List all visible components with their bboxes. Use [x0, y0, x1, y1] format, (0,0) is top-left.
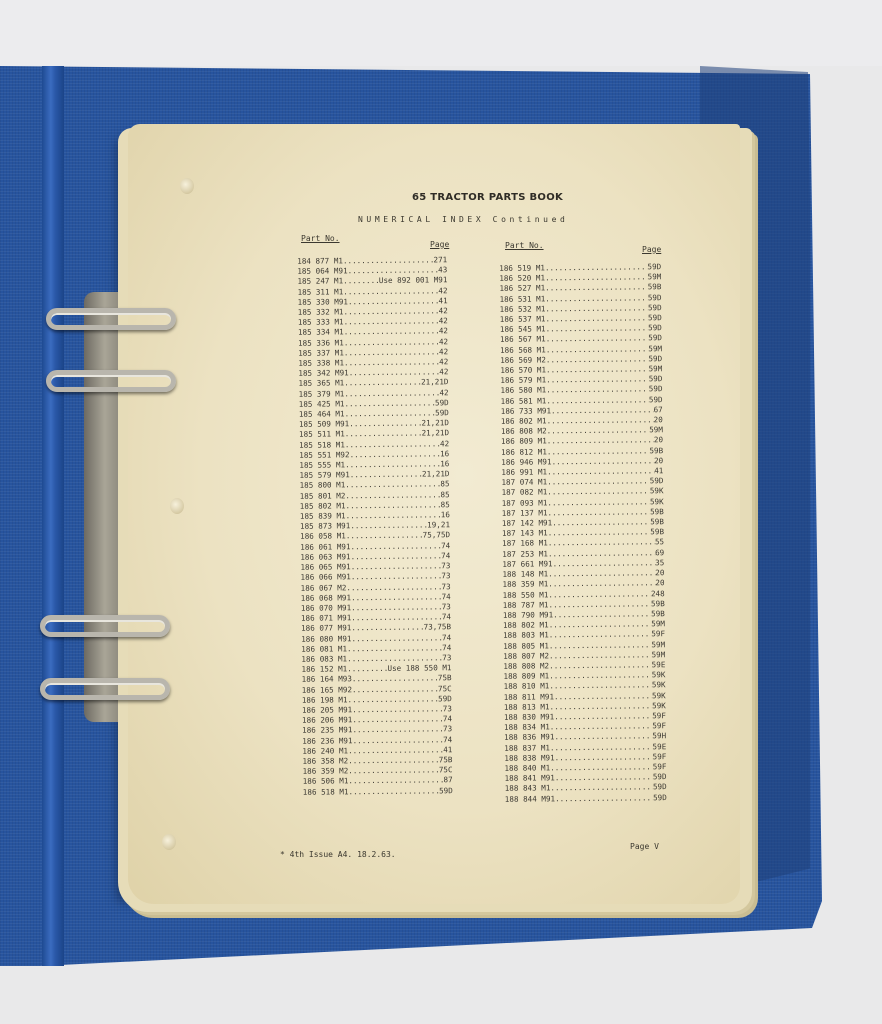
- part-number: 188 803 M1: [503, 631, 549, 642]
- part-number: 186 537 M1: [500, 314, 546, 325]
- leader-dots: [348, 786, 439, 797]
- page-reference: 74: [442, 592, 451, 602]
- page-reference: Use 892 001 M91: [379, 276, 448, 287]
- page-reference: 42: [439, 316, 448, 326]
- page-reference: 42: [439, 347, 448, 357]
- part-number: 185 342 M91: [298, 369, 348, 380]
- page-reference: 59D: [438, 694, 452, 704]
- part-number: 186 569 M2: [500, 355, 546, 366]
- part-number: 186 152 M1: [301, 664, 347, 675]
- page-reference: 85: [440, 490, 449, 500]
- part-number: 186 581 M1: [501, 396, 547, 407]
- part-number: 184 877 M1: [297, 256, 343, 267]
- page-reference: 74: [442, 633, 451, 643]
- page-number: Page V: [630, 842, 659, 851]
- page-reference: 59K: [650, 487, 664, 497]
- part-number: 188 843 M1: [505, 784, 551, 795]
- part-number: 188 359 M1: [502, 580, 548, 591]
- page-reference: 59K: [652, 691, 666, 701]
- page-reference: 59M: [649, 364, 663, 374]
- part-number: 185 334 M1: [298, 328, 344, 339]
- page-reference: 75,75D: [423, 531, 451, 541]
- page-reference: 42: [439, 367, 448, 377]
- part-number: 186 235 M91: [302, 726, 352, 737]
- page-reference: 42: [439, 306, 448, 316]
- part-number: 186 198 M1: [302, 695, 348, 706]
- part-number: 186 358 M2: [302, 756, 348, 767]
- part-number: 188 834 M1: [504, 722, 550, 733]
- page-reference: 59D: [649, 374, 663, 384]
- leader-dots: [349, 419, 421, 430]
- part-number: 188 550 M1: [503, 590, 549, 601]
- leader-dots: [351, 623, 423, 634]
- punch-hole: [180, 178, 194, 194]
- part-number: 186 570 M1: [500, 365, 546, 376]
- page-reference: 59F: [653, 762, 667, 772]
- page-reference: 74: [441, 541, 450, 551]
- page-reference: 85: [440, 480, 449, 490]
- binder-ring[interactable]: [46, 308, 176, 330]
- binder-spine: [42, 66, 64, 966]
- page-reference: 87: [443, 776, 452, 786]
- page-reference: 59E: [652, 742, 666, 752]
- part-number: 186 164 M93: [302, 675, 352, 686]
- part-number: 186 359 M2: [303, 766, 349, 777]
- part-number: 186 580 M1: [500, 386, 546, 397]
- page-reference: 42: [439, 337, 448, 347]
- page-reference: 42: [439, 327, 448, 337]
- page-reference: 73,75B: [424, 623, 452, 633]
- binder-ring[interactable]: [46, 370, 176, 392]
- part-number: 186 568 M1: [500, 345, 546, 356]
- part-number: 185 873 M91: [300, 522, 350, 533]
- part-number: 186 240 M1: [302, 746, 348, 757]
- part-number: 186 068 M91: [301, 593, 351, 604]
- part-number: 188 790 M91: [503, 610, 553, 621]
- page-reference: 59K: [652, 680, 666, 690]
- part-number: 186 077 M91: [301, 624, 351, 635]
- part-number: 186 063 M91: [300, 552, 350, 563]
- page-reference: 59M: [651, 619, 665, 629]
- part-number: 188 813 M1: [504, 702, 550, 713]
- part-number: 185 464 M1: [299, 409, 345, 420]
- page-reference: 59K: [652, 670, 666, 680]
- part-number: 186 545 M1: [500, 325, 546, 336]
- part-number: 186 527 M1: [499, 284, 545, 295]
- part-number: 188 787 M1: [503, 600, 549, 611]
- page-reference: 271: [433, 255, 447, 265]
- part-number: 185 509 M91: [299, 420, 349, 431]
- part-number: 185 311 M1: [297, 287, 343, 298]
- page-reference: 42: [438, 286, 447, 296]
- part-number: 186 520 M1: [499, 274, 545, 285]
- part-number: 185 801 M2: [300, 491, 346, 502]
- part-number: 185 511 M1: [299, 430, 345, 441]
- part-number: 186 506 M1: [303, 777, 349, 788]
- part-number: 186 071 M91: [301, 613, 351, 624]
- part-number: 185 555 M1: [299, 460, 345, 471]
- column-header-part-right: Part No.: [505, 241, 544, 250]
- page-reference: 59D: [653, 782, 667, 792]
- page-reference: 59D: [650, 476, 664, 486]
- part-number: 187 142 M91: [502, 518, 552, 529]
- part-number: 188 811 M91: [504, 692, 554, 703]
- page-reference: 16: [440, 459, 449, 469]
- page-reference: 55: [655, 538, 664, 548]
- index-column-left: 184 877 M1271185 064 M9143185 247 M1Use …: [297, 255, 453, 797]
- page-reference: 42: [439, 357, 448, 367]
- part-number: 186 206 M91: [302, 715, 352, 726]
- part-number: 185 425 M1: [299, 399, 345, 410]
- part-number: 186 809 M1: [501, 437, 547, 448]
- part-number: 188 809 M1: [503, 671, 549, 682]
- part-number: 187 137 M1: [502, 508, 548, 519]
- leader-dots: [555, 793, 653, 804]
- part-number: 186 812 M1: [501, 447, 547, 458]
- page-reference: 59B: [650, 507, 664, 517]
- page-reference: 41: [438, 296, 447, 306]
- page-reference: 42: [440, 439, 449, 449]
- page-reference: 67: [654, 405, 663, 415]
- part-number: 185 338 M1: [298, 358, 344, 369]
- part-number: 185 551 M92: [299, 450, 349, 461]
- page-reference: 74: [443, 735, 452, 745]
- leader-dots: [343, 276, 379, 287]
- part-number: 188 840 M1: [504, 763, 550, 774]
- page-reference: 74: [443, 714, 452, 724]
- part-number: 186 579 M1: [500, 376, 546, 387]
- part-number: 186 733 M91: [501, 406, 551, 417]
- page-reference: 59D: [649, 395, 663, 405]
- page-reference: 59D: [648, 354, 662, 364]
- page-reference: 74: [442, 643, 451, 653]
- page-reference: 59B: [648, 283, 662, 293]
- page-reference: 73: [442, 653, 451, 663]
- binder-ring[interactable]: [40, 615, 170, 637]
- part-number: 185 518 M1: [299, 440, 345, 451]
- page-reference: 59F: [651, 629, 665, 639]
- page-reference: 16: [441, 510, 450, 520]
- part-number: 186 991 M1: [501, 467, 547, 478]
- part-number: 186 080 M91: [301, 634, 351, 645]
- part-number: 185 365 M1: [298, 379, 344, 390]
- page-reference: 20: [655, 578, 664, 588]
- page-reference: 59D: [653, 772, 667, 782]
- page-reference: 21,21D: [422, 429, 450, 439]
- part-number: 186 081 M1: [301, 644, 347, 655]
- part-number: 186 567 M1: [500, 335, 546, 346]
- part-number: 187 074 M1: [501, 478, 547, 489]
- page-reference: 75C: [438, 684, 452, 694]
- page-reference: 59D: [439, 786, 453, 796]
- page-reference: 59K: [652, 701, 666, 711]
- page-reference: 42: [439, 388, 448, 398]
- page-reference: 73: [443, 725, 452, 735]
- page-reference: 59B: [651, 599, 665, 609]
- part-number: 187 168 M1: [502, 539, 548, 550]
- page-reference: 59D: [648, 323, 662, 333]
- part-number: 186 519 M1: [499, 263, 545, 274]
- page-reference: 41: [443, 745, 452, 755]
- page-reference: 20: [655, 568, 664, 578]
- index-entry: 188 844 M9159D: [505, 793, 667, 805]
- part-number: 186 531 M1: [499, 294, 545, 305]
- page-reference: 59D: [648, 313, 662, 323]
- page-reference: 59M: [648, 344, 662, 354]
- page-reference: 73: [443, 704, 452, 714]
- page-reference: 59D: [649, 385, 663, 395]
- part-number: 185 337 M1: [298, 348, 344, 359]
- page-reference: Use 188 550 M1: [387, 663, 451, 674]
- page-reference: 59D: [435, 398, 449, 408]
- page-reference: 20: [654, 456, 663, 466]
- part-number: 186 808 M2: [501, 427, 547, 438]
- part-number: 188 810 M1: [504, 682, 550, 693]
- binder-ring[interactable]: [40, 678, 170, 700]
- part-number: 186 066 M91: [300, 573, 350, 584]
- part-number: 188 837 M1: [504, 743, 550, 754]
- page-reference: 248: [651, 589, 665, 599]
- page-reference: 41: [654, 466, 663, 476]
- part-number: 185 333 M1: [298, 318, 344, 329]
- leader-dots: [347, 664, 387, 675]
- part-number: 185 839 M1: [300, 511, 346, 522]
- page-reference: 59F: [653, 752, 667, 762]
- page-reference: 75C: [439, 765, 453, 775]
- part-number: 188 807 M2: [503, 651, 549, 662]
- page-reference: 75B: [438, 674, 452, 684]
- page-reference: 73: [441, 582, 450, 592]
- part-number: 185 802 M1: [300, 501, 346, 512]
- part-number: 186 070 M91: [301, 603, 351, 614]
- page-reference: 59D: [648, 303, 662, 313]
- page-reference: 16: [440, 449, 449, 459]
- page-reference: 74: [441, 551, 450, 561]
- part-number: 187 082 M1: [502, 488, 548, 499]
- part-number: 186 065 M91: [300, 562, 350, 573]
- part-number: 186 061 M91: [300, 542, 350, 553]
- page-reference: 59F: [652, 721, 666, 731]
- background-wall: [0, 0, 882, 66]
- document-subtitle: NUMERICAL INDEX Continued: [358, 215, 568, 224]
- index-column-right: 186 519 M159D186 520 M159M186 527 M159B1…: [499, 262, 667, 804]
- part-number: 188 838 M91: [504, 753, 554, 764]
- part-number: 185 332 M1: [298, 307, 344, 318]
- part-number: 186 165 M92: [302, 685, 352, 696]
- page-reference: 43: [438, 265, 447, 275]
- page-reference: 73: [441, 561, 450, 571]
- part-number: 186 236 M91: [302, 736, 352, 747]
- page-reference: 20: [654, 415, 663, 425]
- page-reference: 19,21: [427, 520, 450, 530]
- part-number: 186 802 M1: [501, 416, 547, 427]
- part-number: 188 841 M91: [505, 773, 555, 784]
- page-reference: 59D: [653, 793, 667, 803]
- part-number: 188 836 M91: [504, 733, 554, 744]
- page-reference: 59E: [652, 660, 666, 670]
- part-number: 188 808 M2: [503, 661, 549, 672]
- page-reference: 59D: [435, 408, 449, 418]
- index-entry: 186 518 M159D: [303, 786, 453, 798]
- page-reference: 21,21D: [421, 378, 449, 388]
- part-number: 186 058 M1: [300, 532, 346, 543]
- part-number: 185 579 M91: [299, 471, 349, 482]
- part-number: 186 532 M1: [500, 304, 546, 315]
- page-reference: 59B: [650, 517, 664, 527]
- part-number: 185 247 M1: [297, 277, 343, 288]
- part-number: 188 148 M1: [502, 569, 548, 580]
- part-number: 185 379 M1: [299, 389, 345, 400]
- part-number: 186 205 M91: [302, 705, 352, 716]
- document-title: 65 TRACTOR PARTS BOOK: [412, 192, 563, 203]
- part-number: 185 330 M91: [298, 297, 348, 308]
- page-reference: 59D: [648, 293, 662, 303]
- part-number: 186 518 M1: [303, 787, 349, 798]
- part-number: 187 143 M1: [502, 529, 548, 540]
- part-number: 187 253 M1: [502, 549, 548, 560]
- page-reference: 59B: [650, 527, 664, 537]
- page-reference: 59B: [649, 446, 663, 456]
- part-number: 188 844 M91: [505, 794, 555, 805]
- page-reference: 59D: [647, 262, 661, 272]
- part-number: 188 802 M1: [503, 620, 549, 631]
- page-reference: 59H: [652, 731, 666, 741]
- part-number: 187 661 M91: [502, 559, 552, 570]
- part-number: 186 083 M1: [301, 654, 347, 665]
- page-reference: 59D: [648, 334, 662, 344]
- punch-hole: [162, 834, 176, 850]
- page-reference: 59M: [648, 272, 662, 282]
- punch-hole: [170, 498, 184, 514]
- page-reference: 59M: [652, 650, 666, 660]
- page-reference: 59M: [649, 425, 663, 435]
- page-reference: 73: [442, 602, 451, 612]
- page-reference: 21,21D: [421, 418, 449, 428]
- part-number: 186 067 M2: [301, 583, 347, 594]
- column-header-page-right: Page: [642, 245, 661, 254]
- page-reference: 20: [654, 436, 663, 446]
- page-reference: 73: [441, 572, 450, 582]
- part-number: 188 830 M91: [504, 712, 554, 723]
- part-number: 185 336 M1: [298, 338, 344, 349]
- page-reference: 85: [441, 500, 450, 510]
- part-number: 185 064 M91: [297, 266, 347, 277]
- page-reference: 59K: [650, 497, 664, 507]
- part-number: 185 800 M1: [300, 481, 346, 492]
- page-reference: 59F: [652, 711, 666, 721]
- page-reference: 69: [655, 548, 664, 558]
- issue-note: * 4th Issue A4. 18.2.63.: [280, 850, 396, 859]
- part-number: 188 805 M1: [503, 641, 549, 652]
- page-reference: 59B: [651, 609, 665, 619]
- page-reference: 75B: [439, 755, 453, 765]
- part-number: 186 946 M91: [501, 457, 551, 468]
- page-reference: 74: [442, 612, 451, 622]
- page-reference: 59M: [651, 640, 665, 650]
- page-reference: 35: [655, 558, 664, 568]
- column-header-part-left: Part No.: [301, 234, 340, 243]
- column-header-page-left: Page: [430, 240, 449, 249]
- page-reference: 21,21D: [422, 469, 450, 479]
- part-number: 187 093 M1: [502, 498, 548, 509]
